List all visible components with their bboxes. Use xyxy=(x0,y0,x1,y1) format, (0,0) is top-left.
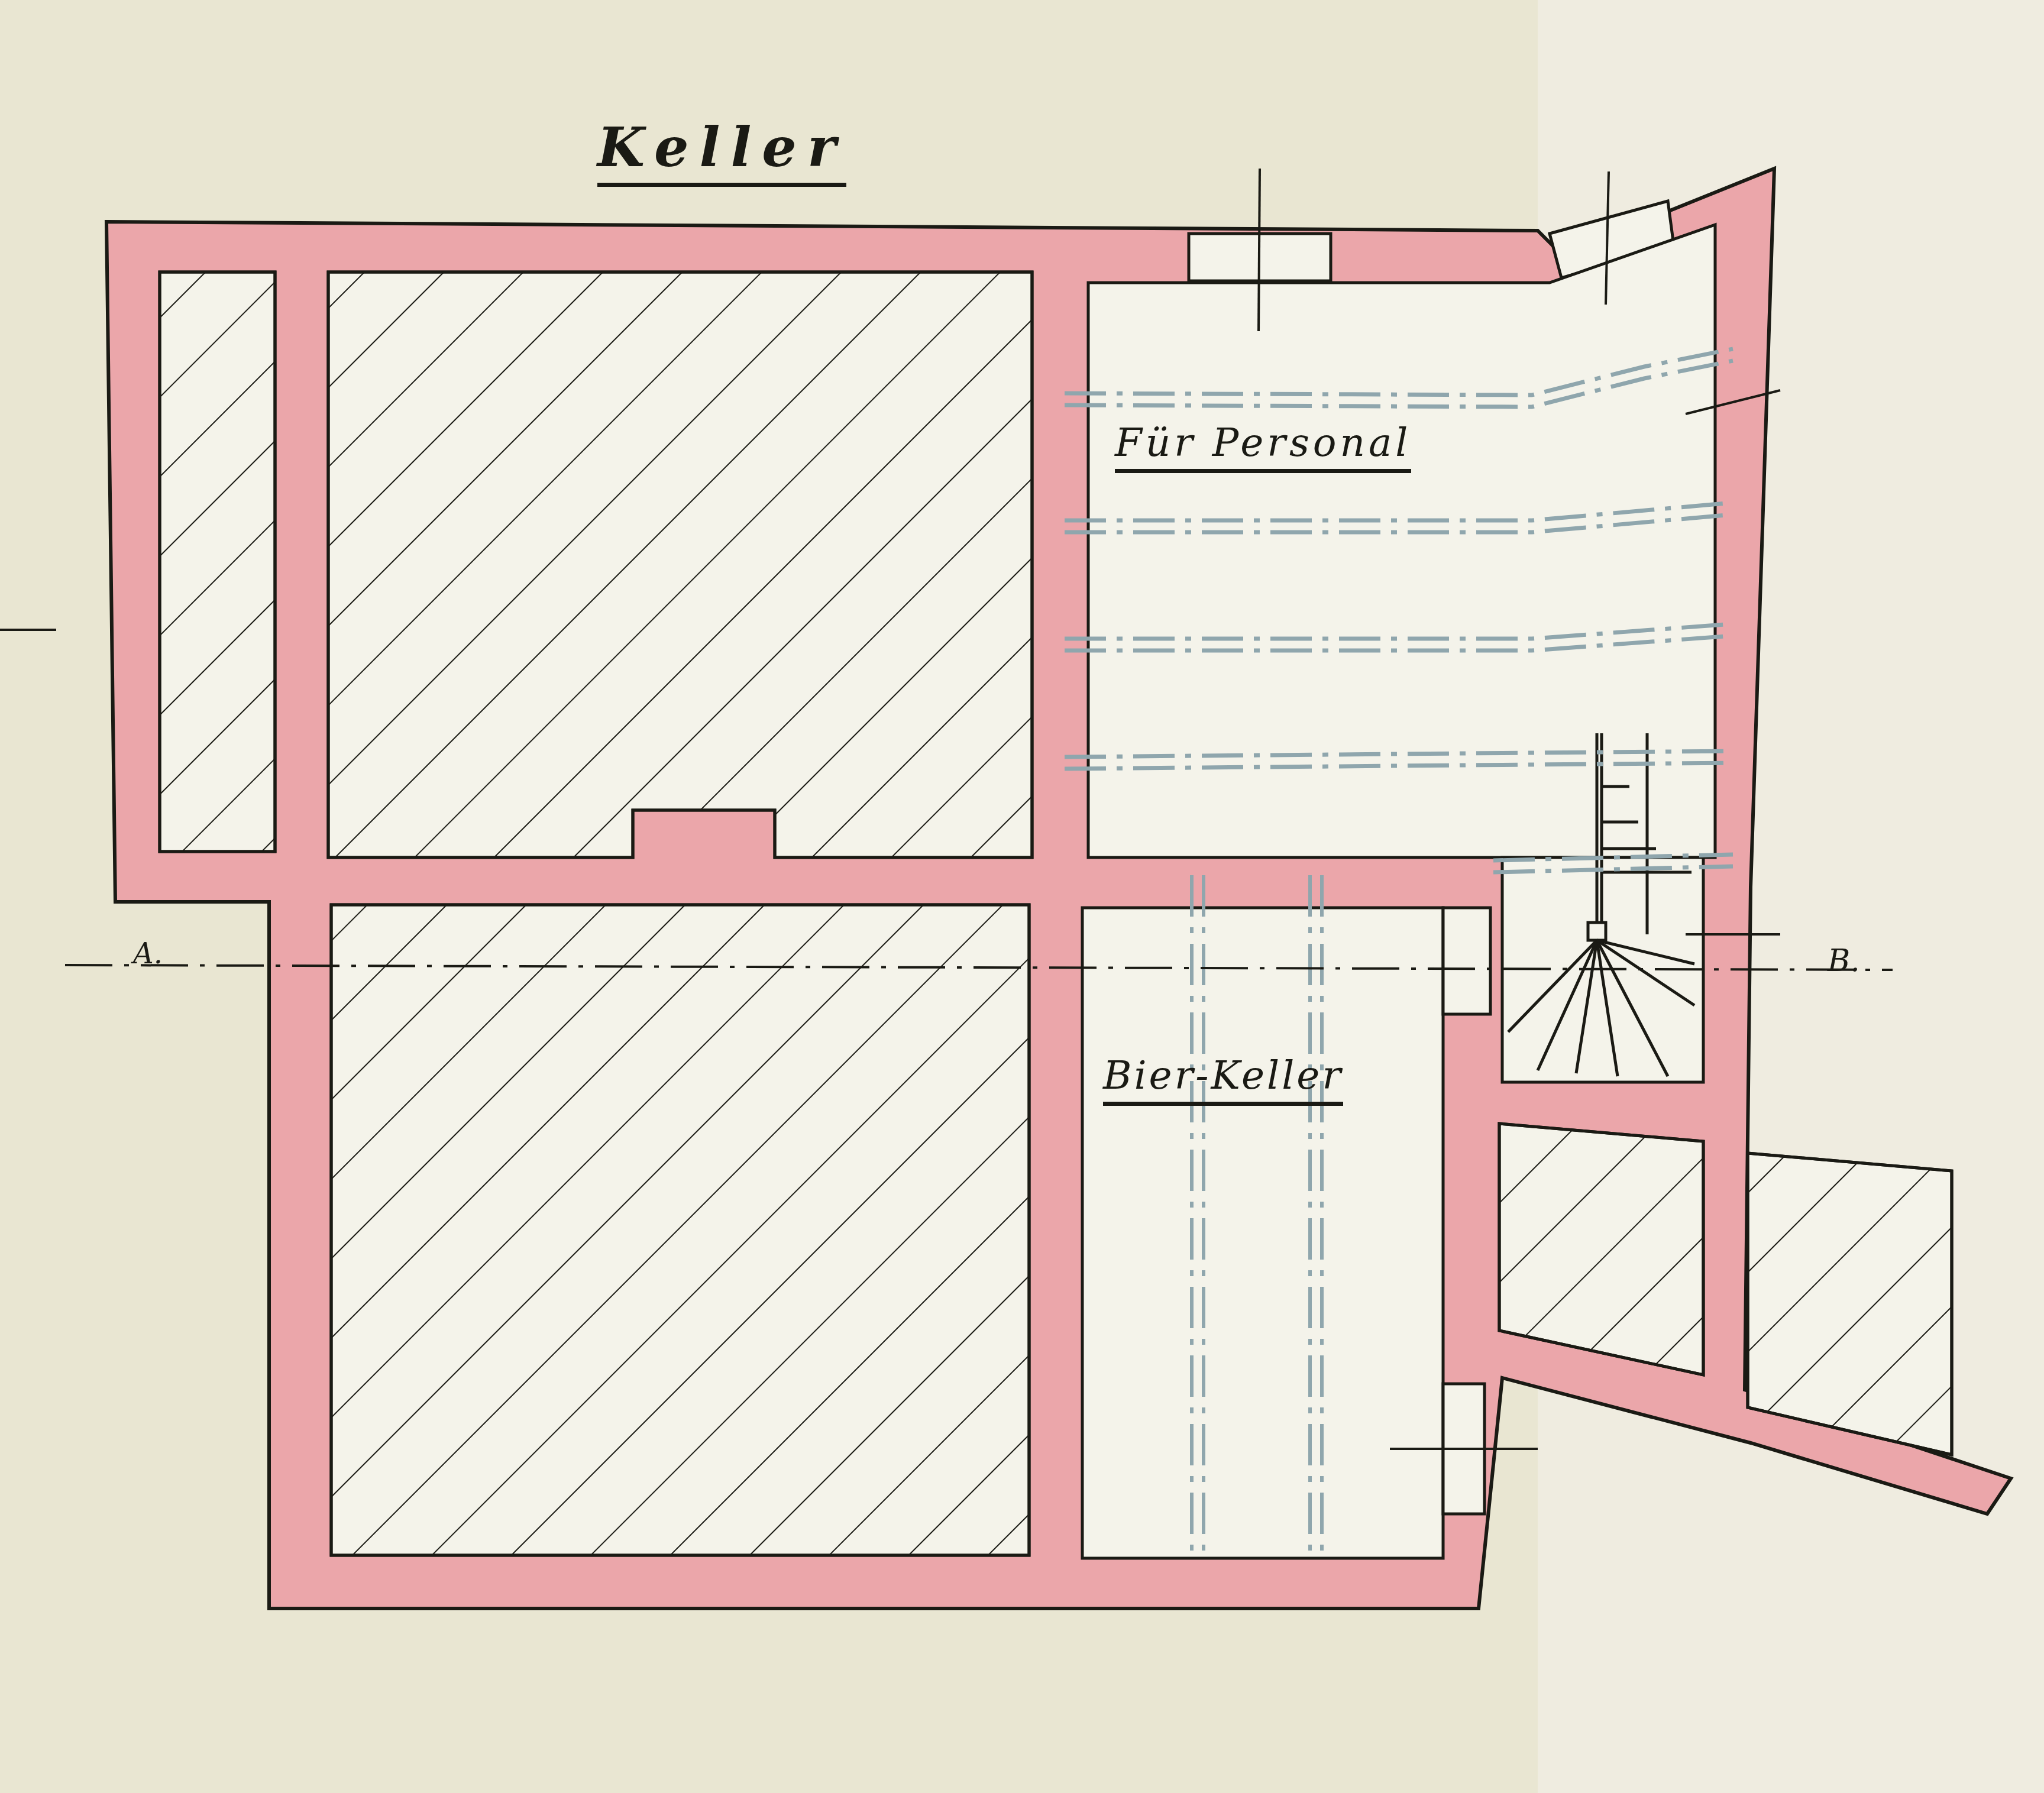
section-label-a: A. xyxy=(133,937,163,970)
drawing-title: Keller xyxy=(597,115,846,187)
room-label-bier-keller: Bier-Keller xyxy=(1103,1053,1343,1106)
wall-niche-upper xyxy=(1443,908,1490,1014)
room-bier-floor xyxy=(1082,908,1443,1558)
floor-plan-drawing xyxy=(0,0,2044,1793)
floor-plan-sheet: Keller Für Personal Bier-Keller A. B. xyxy=(0,0,2044,1793)
room-label-personal: Für Personal xyxy=(1115,420,1411,473)
section-label-b: B. xyxy=(1828,943,1860,979)
